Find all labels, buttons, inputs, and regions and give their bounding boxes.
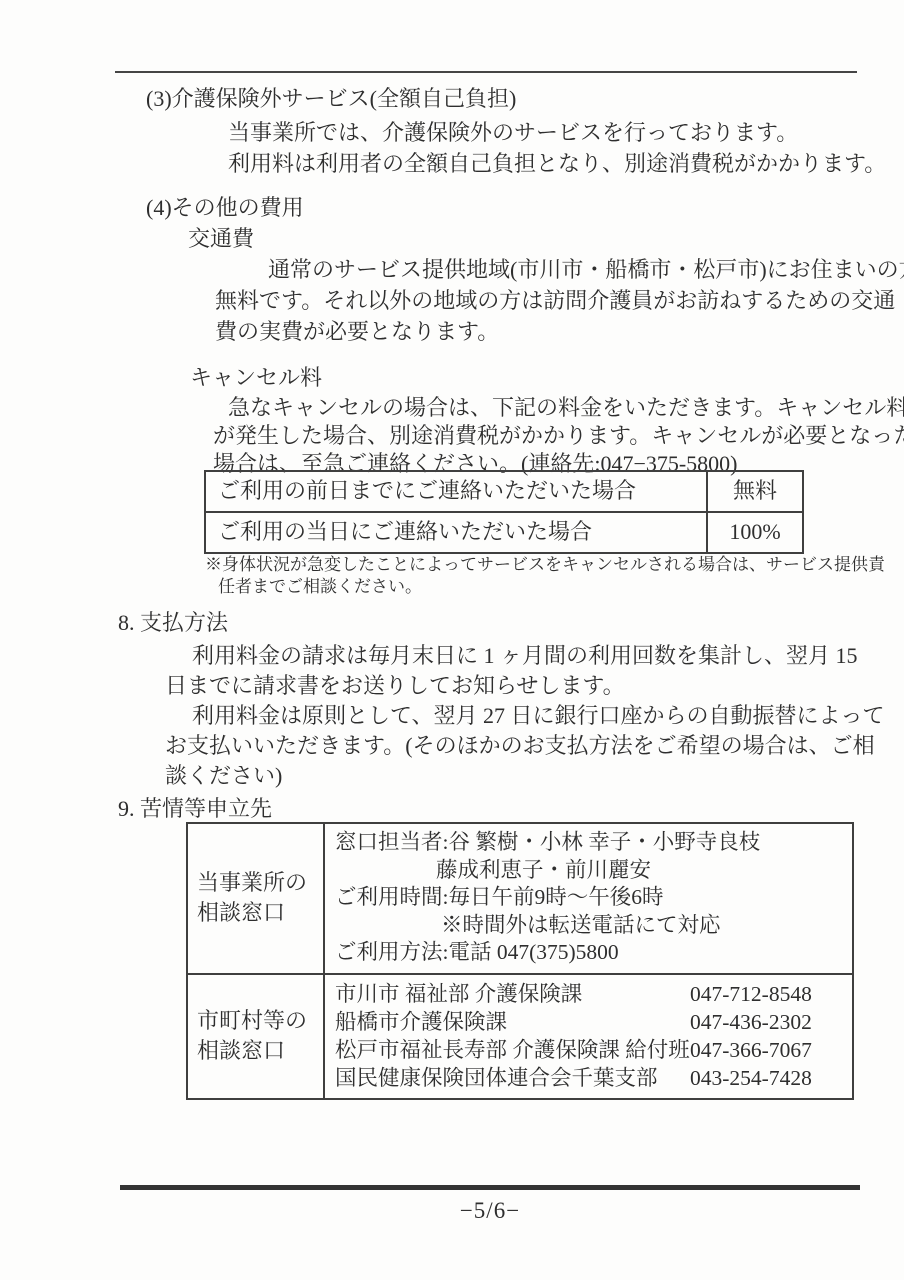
cancel-note: ※身体状況が急変したことによってサービスをキャンセルされる場合は、サービス提供責… <box>205 554 885 598</box>
municipal-contact-entry: 国民健康保険団体連合会千葉支部 043-254-7428 <box>335 1064 842 1092</box>
cancel-fee-paragraph: 急なキャンセルの場合は、下記の料金をいただきます。キャンセル料 が発生した場合、… <box>213 394 904 478</box>
payment-paragraph-1: 利用料金の請求は毎月末日に 1 ヶ月間の利用回数を集計し、翌月 15 日までに請… <box>165 641 858 701</box>
office-contact-row: 当事業所の 相談窓口 窓口担当者:谷 繁樹・小林 幸子・小野寺良枝 藤成利恵子・… <box>188 824 852 973</box>
section-3-body: 当事業所では、介護保険外のサービスを行っております。 利用料は利用者の全額自己負… <box>228 117 886 179</box>
section-4: (4)その他の費用 交通費 通常のサービス提供地域(市川市・船橋市・松戸市)にお… <box>146 193 866 603</box>
top-rule <box>115 71 857 73</box>
section-4-heading: (4)その他の費用 <box>146 193 866 223</box>
cancel-fee-label: キャンセル料 <box>190 363 322 393</box>
payment-line: 日までに請求書をお送りしてお知らせします。 <box>165 671 858 701</box>
cancel-note-line: ※身体状況が急変したことによってサービスをキャンセルされる場合は、サービス提供責 <box>205 554 885 576</box>
cancel-table-row: ご利用の当日にご連絡いただいた場合 100% <box>206 513 802 552</box>
transport-fee-line: 無料です。それ以外の地域の方は訪問介護員がお訪ねするための交通 <box>215 285 904 316</box>
section-3-heading: (3)介護保険外サービス(全額自己負担) <box>146 84 516 114</box>
municipal-contact-header-line: 市町村等の <box>197 1006 323 1036</box>
office-contact-line: ※時間外は転送電話にて対応 <box>335 912 842 940</box>
municipal-office-phone: 047-712-8548 <box>690 980 842 1008</box>
cancel-fee-cell: 無料 <box>708 472 802 511</box>
cancel-note-line: 任者までご相談ください。 <box>205 576 885 598</box>
office-contact-line: 藤成利恵子・前川麗安 <box>335 857 842 885</box>
municipal-office-phone: 047-366-7067 <box>690 1036 842 1064</box>
municipal-contact-header-line: 相談窓口 <box>197 1036 323 1066</box>
cancel-fee-table: ご利用の前日までにご連絡いただいた場合 無料 ご利用の当日にご連絡いただいた場合… <box>204 470 804 554</box>
municipal-contact-row: 市町村等の 相談窓口 市川市 福祉部 介護保険課 047-712-8548 船橋… <box>188 973 852 1098</box>
payment-line: 利用料金は原則として、翌月 27 日に銀行口座からの自動振替によって <box>165 701 885 731</box>
section-3-line: 当事業所では、介護保険外のサービスを行っております。 <box>228 117 886 148</box>
municipal-contact-entry: 市川市 福祉部 介護保険課 047-712-8548 <box>335 980 842 1008</box>
office-contact-line: ご利用時間:毎日午前9時〜午後6時 <box>335 884 842 912</box>
payment-line: お支払いいただきます。(そのほかのお支払方法をご希望の場合は、ご相 <box>165 731 885 761</box>
cancel-fee-cell: 100% <box>708 513 802 552</box>
transport-fee-line: 通常のサービス提供地域(市川市・船橋市・松戸市)にお住まいの方は <box>215 254 904 285</box>
office-contact-line: ご利用方法:電話 047(375)5800 <box>335 939 842 967</box>
section-9-heading: 9. 苦情等申立先 <box>118 794 272 824</box>
office-contact-details: 窓口担当者:谷 繁樹・小林 幸子・小野寺良枝 藤成利恵子・前川麗安 ご利用時間:… <box>325 824 852 973</box>
municipal-contact-entry: 船橋市介護保険課 047-436-2302 <box>335 1008 842 1036</box>
payment-line: 利用料金の請求は毎月末日に 1 ヶ月間の利用回数を集計し、翌月 15 <box>165 641 858 671</box>
bottom-rule <box>120 1185 860 1190</box>
cancel-fee-line: 急なキャンセルの場合は、下記の料金をいただきます。キャンセル料 <box>213 394 904 422</box>
cancel-condition-cell: ご利用の当日にご連絡いただいた場合 <box>206 513 708 552</box>
transport-fee-label: 交通費 <box>188 224 254 254</box>
municipal-office-phone: 047-436-2302 <box>690 1008 842 1036</box>
page-number: −5/6− <box>76 1197 904 1225</box>
section-3-line: 利用料は利用者の全額自己負担となり、別途消費税がかかります。 <box>228 148 886 179</box>
office-contact-header: 当事業所の 相談窓口 <box>188 824 325 973</box>
municipal-office-name: 市川市 福祉部 介護保険課 <box>335 980 582 1008</box>
municipal-office-name: 船橋市介護保険課 <box>335 1008 507 1036</box>
municipal-contact-entry: 松戸市福祉長寿部 介護保険課 給付班 047-366-7067 <box>335 1036 842 1064</box>
transport-fee-paragraph: 通常のサービス提供地域(市川市・船橋市・松戸市)にお住まいの方は 無料です。それ… <box>215 254 904 347</box>
municipal-office-name: 松戸市福祉長寿部 介護保険課 給付班 <box>335 1036 690 1064</box>
section-8-heading: 8. 支払方法 <box>118 608 228 638</box>
payment-line: 談ください) <box>165 761 885 791</box>
section-9: 9. 苦情等申立先 当事業所の 相談窓口 窓口担当者:谷 繁樹・小林 幸子・小野… <box>118 794 272 824</box>
section-8: 8. 支払方法 利用料金の請求は毎月末日に 1 ヶ月間の利用回数を集計し、翌月 … <box>118 608 228 638</box>
cancel-fee-line: が発生した場合、別途消費税がかかります。キャンセルが必要となった <box>213 422 904 450</box>
payment-paragraph-2: 利用料金は原則として、翌月 27 日に銀行口座からの自動振替によって お支払いい… <box>165 701 885 791</box>
municipal-office-phone: 043-254-7428 <box>690 1064 842 1092</box>
office-contact-line: 窓口担当者:谷 繁樹・小林 幸子・小野寺良枝 <box>335 829 842 857</box>
transport-fee-line: 費の実費が必要となります。 <box>215 316 904 347</box>
office-contact-header-line: 当事業所の <box>197 868 323 898</box>
document-page: (3)介護保険外サービス(全額自己負担) 当事業所では、介護保険外のサービスを行… <box>0 0 904 1280</box>
section-3: (3)介護保険外サービス(全額自己負担) 当事業所では、介護保険外のサービスを行… <box>146 84 516 114</box>
office-contact-header-line: 相談窓口 <box>197 898 323 928</box>
municipal-contact-details: 市川市 福祉部 介護保険課 047-712-8548 船橋市介護保険課 047-… <box>325 975 852 1098</box>
municipal-contact-header: 市町村等の 相談窓口 <box>188 975 325 1098</box>
cancel-table-row: ご利用の前日までにご連絡いただいた場合 無料 <box>206 472 802 513</box>
complaints-table: 当事業所の 相談窓口 窓口担当者:谷 繁樹・小林 幸子・小野寺良枝 藤成利恵子・… <box>186 822 854 1100</box>
municipal-office-name: 国民健康保険団体連合会千葉支部 <box>335 1064 658 1092</box>
cancel-condition-cell: ご利用の前日までにご連絡いただいた場合 <box>206 472 708 511</box>
